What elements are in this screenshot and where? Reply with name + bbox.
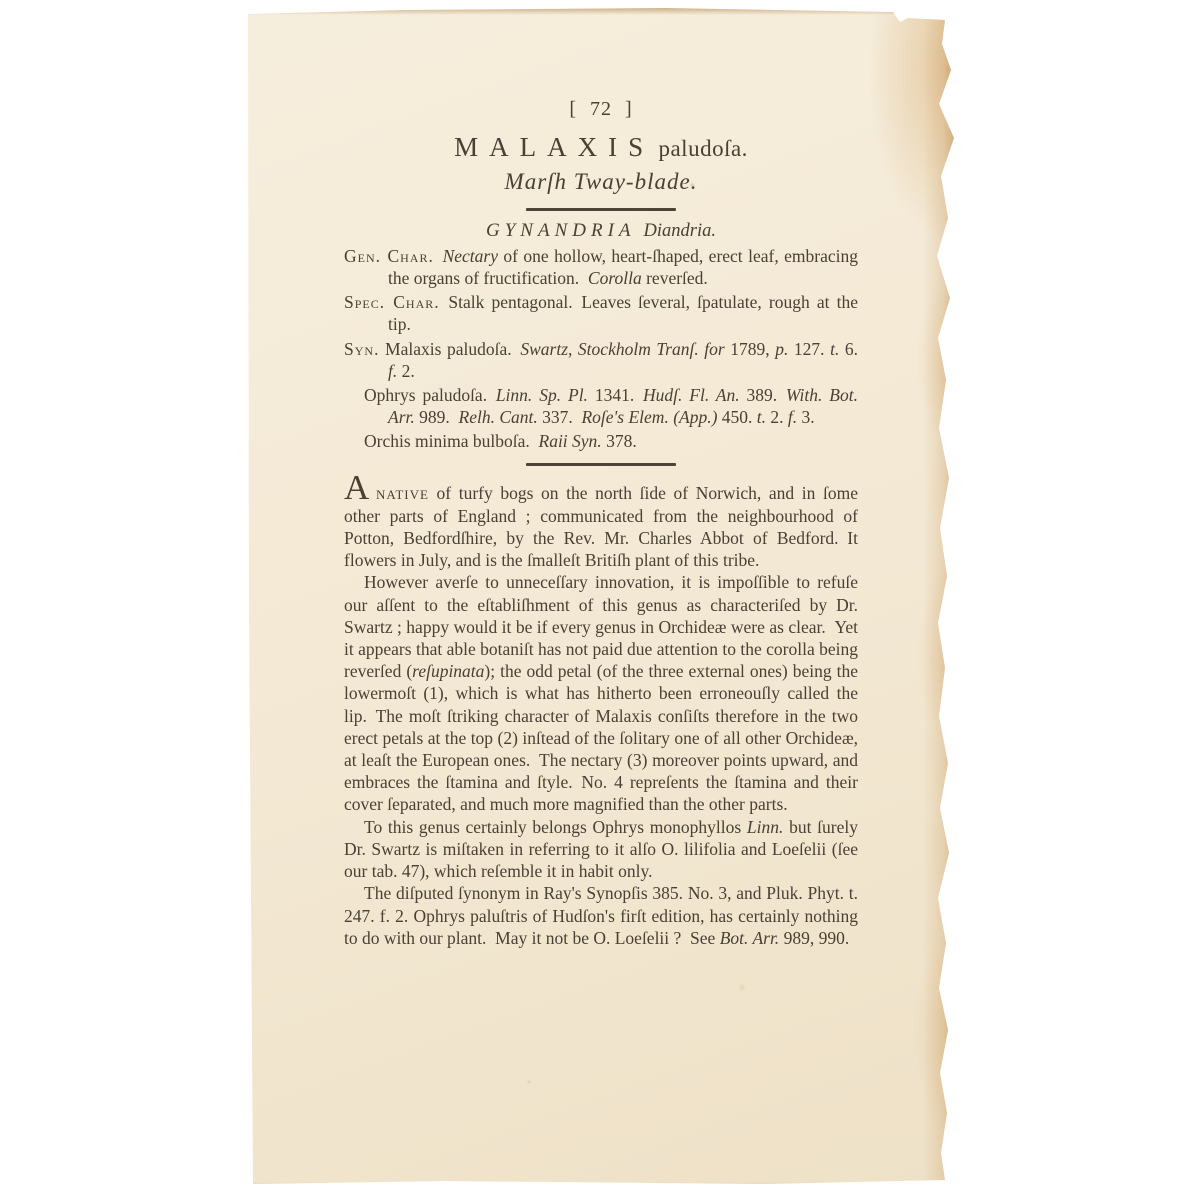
italic-text-run: Relh. Cant. [459,407,538,427]
text-run: Ophrys paludoſa. [364,385,496,405]
text-run: Stalk pentagonal. Leaves ſeveral, ſpatul… [388,292,858,334]
class-name: GYNANDRIA [486,220,636,241]
book-page: [72] MALAXIS paludoſa. Marſh Tway-blade.… [245,8,955,1188]
text-run: 389. [740,385,786,405]
order-name: Diandria. [644,221,716,241]
small-caps-label: Syn. [344,339,379,359]
text-run: 989, 990. [779,928,849,948]
paragraph-native: A native of turfy bogs on the north ſide… [344,477,858,572]
italic-text-run: Swartz, Stockholm Tranſ. for [520,339,724,359]
text-run: 378. [602,431,637,451]
page-number: [72] [344,98,858,120]
divider-rule-middle [526,463,676,466]
italic-text-run: reſupinata [412,661,484,681]
text-run: 6. [839,339,858,359]
italic-text-run: Roſe's Elem. (App.) [581,407,717,427]
text-run: 337. [538,407,582,427]
text-run: 1341. [588,385,643,405]
italic-text-run: Bot. Arr. [720,928,779,948]
bracket-left: [ [569,98,577,120]
text-run: 2. [766,407,788,427]
italic-text-run: Hudſ. Fl. An. [643,385,740,405]
text-run: 3. [797,407,815,427]
common-name-subtitle: Marſh Tway-blade. [344,171,858,193]
syn-orchis-entry: Orchis minima bulboſa. Raii Syn. 378. [344,430,858,452]
italic-text-run: Nectary [434,246,498,266]
italic-text-run: p. [775,339,788,359]
page-text-block: [72] MALAXIS paludoſa. Marſh Tway-blade.… [344,92,858,949]
text-run: 1789, [725,339,776,359]
gen-char-entry: Gen. Char. Nectary of one hollow, heart-… [344,245,858,289]
text-run: 989. [415,407,459,427]
text-run: 127. [788,339,830,359]
small-caps-label: Gen. Char. [344,246,434,266]
genus-name: MALAXIS [454,132,654,162]
text-run: reverſed. [642,268,708,288]
italic-text-run: Linn. Sp. Pl. [496,385,588,405]
italic-text-run: Corolla [588,268,642,288]
paragraph-synonym: The diſputed ſynonym in Ray's Synopſis 3… [344,882,858,949]
text-run: To this genus certainly belongs Ophrys m… [364,817,747,837]
text-run: 2. [397,361,415,381]
text-run: ); the odd petal (of the three external … [344,661,858,814]
syn-ophrys-entry: Ophrys paludoſa. Linn. Sp. Pl. 1341. Hud… [344,384,858,428]
text-run: Malaxis paludoſa. [379,339,520,359]
divider-rule-top [526,208,676,211]
raised-cap: A [344,468,371,507]
species-epithet: paludoſa. [658,136,747,161]
italic-text-run: Linn. [747,817,783,837]
italic-text-run: f. [388,361,397,381]
paragraph-however: However averſe to unneceſſary innovation… [344,571,858,815]
bracket-right: ] [625,98,633,120]
page-number-value: 72 [590,98,612,120]
spec-char-entry: Spec. Char. Stalk pentagonal. Leaves ſev… [344,291,858,335]
italic-text-run: t. [830,339,839,359]
italic-text-run: Raii Syn. [539,431,602,451]
small-caps-label: Spec. Char. [344,292,440,312]
text-run: Orchis minima bulboſa. [364,431,539,451]
syn-entry: Syn. Malaxis paludoſa. Swartz, Stockholm… [344,338,858,382]
species-title: MALAXIS paludoſa. [344,136,858,161]
paragraph-genus: To this genus certainly belongs Ophrys m… [344,816,858,883]
text-run: 450. [717,407,756,427]
small-caps-label: native [371,484,429,504]
italic-text-run: t. [757,407,766,427]
italic-text-run: f. [788,407,797,427]
classification-line: GYNANDRIADiandria. [344,220,858,242]
